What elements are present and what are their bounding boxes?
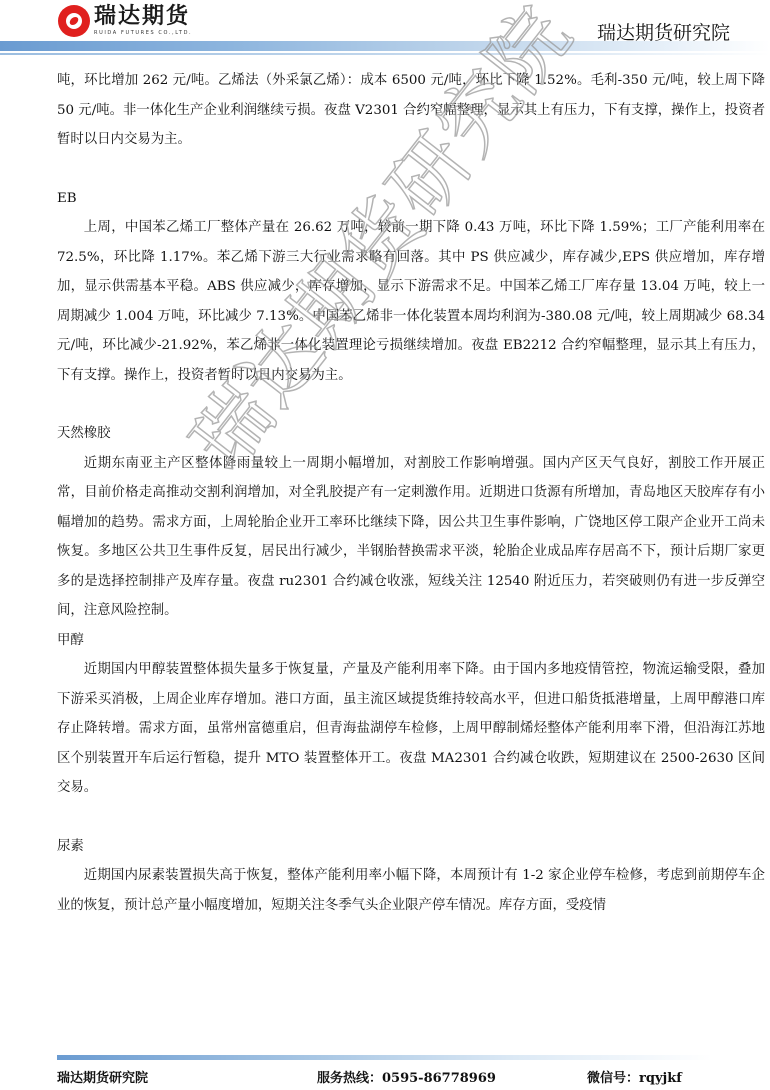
- page-footer: 瑞达期货研究院 服务热线：0595-86778969 微信号：rqyjkf: [57, 1067, 737, 1087]
- logo-english-name: RUIDA FUTURES CO.,LTD.: [94, 30, 192, 37]
- document-body: 吨，环比增加 262 元/吨。乙烯法（外采氯乙烯）：成本 6500 元/吨，环比…: [57, 66, 765, 920]
- section-paragraph-rubber: 近期东南亚主产区整体降雨量较上一周期小幅增加，对割胶工作影响增强。国内产区天气良…: [57, 449, 765, 626]
- section-heading-eb: EB: [57, 184, 765, 214]
- section-paragraph-eb: 上周，中国苯乙烯工厂整体产量在 26.62 万吨，较前一期下降 0.43 万吨，…: [57, 213, 765, 390]
- header-gradient-bar: [0, 41, 770, 51]
- header-divider: [0, 53, 770, 55]
- section-heading-rubber: 天然橡胶: [57, 419, 765, 449]
- footer-wechat: 微信号：rqyjkf: [587, 1067, 682, 1086]
- section-paragraph-methanol: 近期国内甲醇装置整体损失量多于恢复量，产量及产能利用率下降。由于国内多地疫情管控…: [57, 655, 765, 803]
- logo-chinese-name: 瑞达期货: [94, 4, 192, 30]
- company-logo: 瑞达期货 RUIDA FUTURES CO.,LTD.: [58, 4, 192, 37]
- section-heading-methanol: 甲醇: [57, 626, 765, 656]
- section-paragraph-urea: 近期国内尿素装置损失高于恢复，整体产能利用率小幅下降，本周预计有 1-2 家企业…: [57, 861, 765, 920]
- section-heading-urea: 尿素: [57, 832, 765, 862]
- footer-hotline: 服务热线：0595-86778969: [317, 1067, 496, 1086]
- page-header: 瑞达期货 RUIDA FUTURES CO.,LTD. 瑞达期货研究院: [0, 0, 770, 60]
- footer-org: 瑞达期货研究院: [57, 1067, 148, 1086]
- footer-gradient-bar: [57, 1055, 712, 1060]
- pvc-paragraph-continued: 吨，环比增加 262 元/吨。乙烯法（外采氯乙烯）：成本 6500 元/吨，环比…: [57, 66, 765, 155]
- ruida-logo-icon: [58, 5, 90, 37]
